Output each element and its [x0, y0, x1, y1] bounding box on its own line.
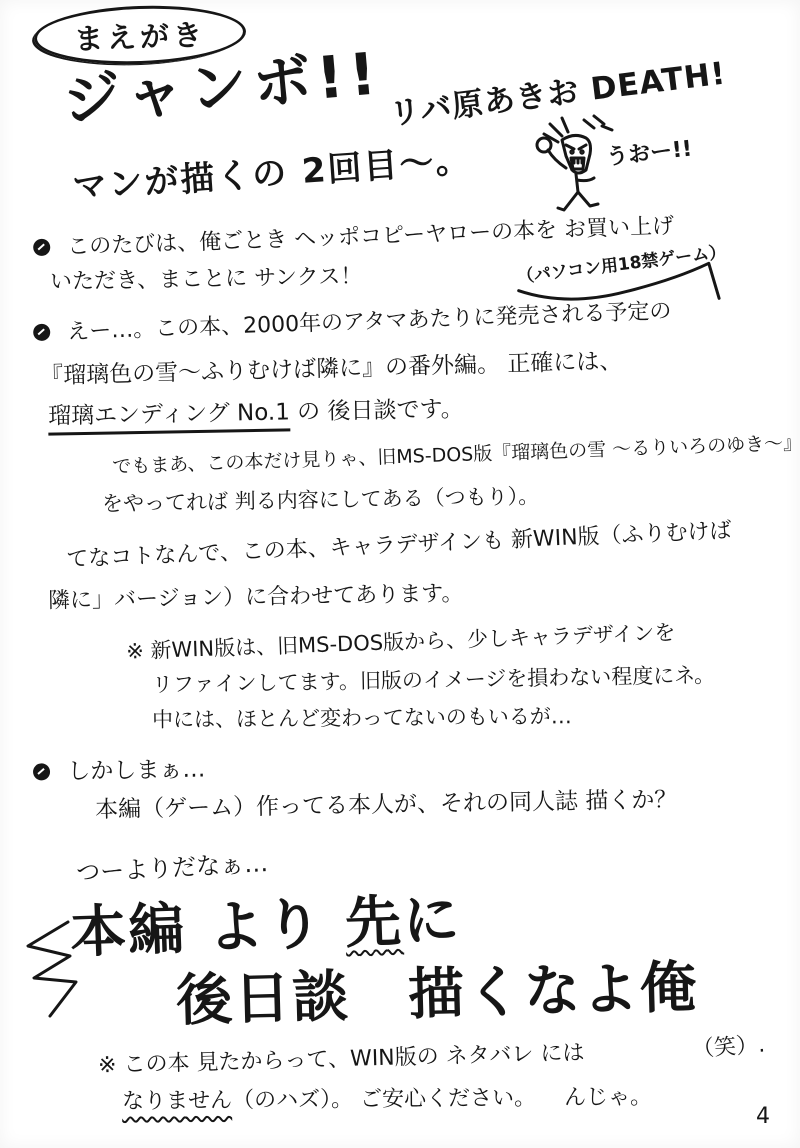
underlined-title: 瑠璃エンディング No.1: [48, 399, 290, 435]
bullet-icon: [33, 324, 51, 342]
big-statement-lead: つーよりだなぁ…: [75, 843, 269, 888]
big-statement-line2: 後日談 描くなよ俺: [175, 943, 699, 1037]
paragraph-release-line1: えー…。この本、2000年のアタマあたりに発売される予定の: [33, 294, 672, 347]
laugh-annotation: （笑）.: [691, 1027, 766, 1063]
paragraph-design-line1: てなコトなんで、この本、キャラデザインも 新WIN版（ふりむけば: [66, 513, 732, 573]
footnote-line1: ※ この本 見たからって、WIN版の ネタバレ には: [98, 1036, 585, 1080]
paragraph-release-line2: 『瑠璃色の雪〜ふりむけば隣に』の番外編。 正確には、: [40, 342, 623, 390]
scanned-preface-page: まえがき ジャンボ!! リバ原あきお DEATH! マンが描くの 2回目〜。: [0, 0, 800, 1148]
note-refine-line3: 中には、ほとんど変わってないのもいるが…: [152, 700, 572, 734]
bullet-icon: [33, 763, 50, 780]
footnote-line2: なりません（のハズ）。 ご安心ください。んじゃ。: [122, 1080, 652, 1116]
subtitle: マンが描くの 2回目〜。: [71, 132, 473, 209]
paragraph-thanks-line2: いただき、まことに サンクス！: [50, 259, 363, 295]
paragraph-however-line2: 本編（ゲーム）作ってる本人が、それの同人誌 描くか？: [95, 781, 678, 824]
page-number: 4: [756, 1104, 770, 1129]
wavy-emphasis: 先: [344, 889, 404, 956]
wavy-emphasis: なりません: [122, 1088, 232, 1114]
paragraph-dos-line2: をやってれば 判る内容にしてある（つもり）。: [102, 480, 540, 518]
margin-note-bubble: （パソコン用18禁ゲーム）: [515, 237, 727, 287]
paragraph-however-line1: しかしまぁ…: [33, 750, 206, 786]
paragraph-dos-line1: でもまあ、この本だけ見りゃ、旧MS-DOS版『瑠璃色の雪 〜るりいろのゆき〜』: [112, 428, 800, 479]
angry-stick-figure-doodle: [522, 112, 618, 220]
paragraph-release-line3: 瑠璃エンディング No.1 の 後日談です。: [48, 390, 464, 430]
paragraph-design-line2: 隣に」バージョン）に合わせてあります。: [48, 576, 464, 614]
note-refine-line1: ※ 新WIN版は、旧MS-DOS版から、少しキャラデザインを: [126, 616, 676, 665]
bullet-icon: [33, 239, 51, 257]
note-refine-line2: リファインしてます。旧版のイメージを損わない程度にネ。: [152, 659, 715, 699]
